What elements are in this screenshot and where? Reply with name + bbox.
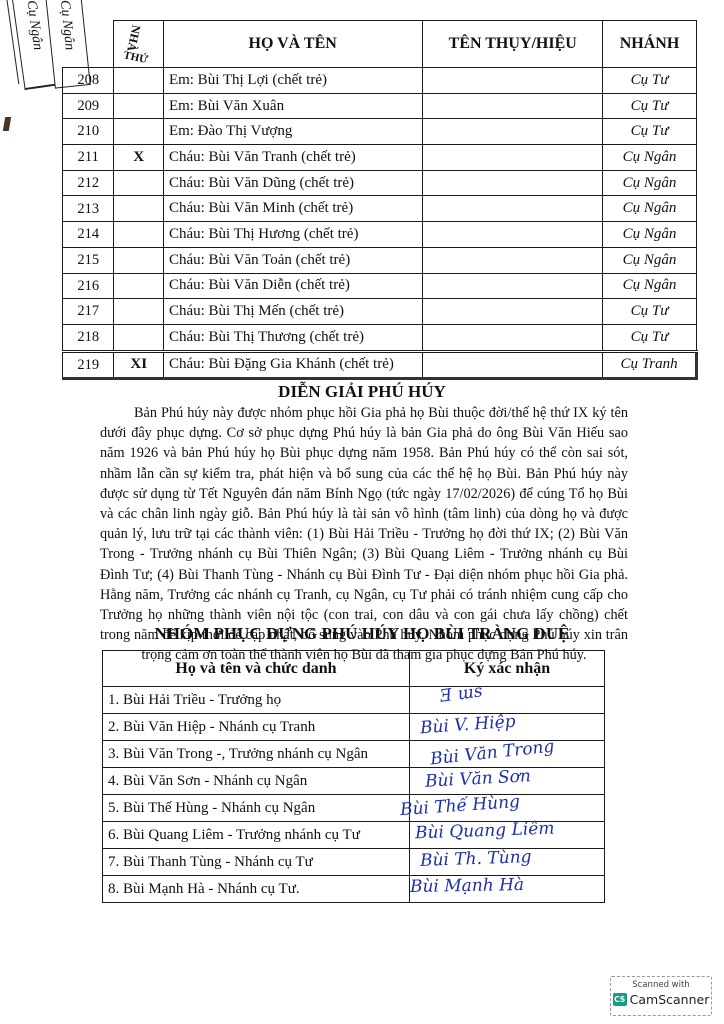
- posthumous-name: [423, 145, 603, 171]
- branch-name: Cụ Tư: [603, 119, 697, 145]
- signature-row: 5. Bùi Thế Hùng - Nhánh cụ Ngân: [103, 795, 605, 822]
- branch-name: Cụ Ngân: [603, 170, 697, 196]
- branch-name: Cụ Ngân: [603, 145, 697, 171]
- watermark-caption: Scanned with: [611, 980, 711, 990]
- row-number: 219: [63, 351, 114, 379]
- header-member: Họ và tên và chức danh: [103, 651, 410, 687]
- generation-mark: [114, 68, 163, 94]
- row-number: 218: [63, 324, 114, 351]
- row-number: 213: [63, 196, 114, 222]
- member-name: Cháu: Bùi Thị Thương (chết trẻ): [163, 324, 422, 351]
- genealogy-row: 218Cháu: Bùi Thị Thương (chết trẻ)Cụ Tư: [63, 324, 697, 351]
- member-name: Cháu: Bùi Văn Dũng (chết trẻ): [163, 170, 422, 196]
- signature-row: 1. Bùi Hải Triều - Trưởng họ: [103, 687, 605, 714]
- generation-mark: [114, 247, 163, 273]
- genealogy-row: 208Em: Bùi Thị Lợi (chết trẻ)Cụ Tư: [63, 68, 697, 94]
- member-name: Cháu: Bùi Văn Toản (chết trẻ): [163, 247, 422, 273]
- member-title: 7. Bùi Thanh Tùng - Nhánh cụ Tư: [103, 849, 410, 876]
- genealogy-row: 216Cháu: Bùi Văn Diễn (chết trẻ)Cụ Ngân: [63, 273, 697, 299]
- genealogy-row: 209Em: Bùi Văn XuânCụ Tư: [63, 93, 697, 119]
- genealogy-row: 211XCháu: Bùi Văn Tranh (chết trẻ)Cụ Ngâ…: [63, 145, 697, 171]
- member-name: Cháu: Bùi Văn Tranh (chết trẻ): [163, 145, 422, 171]
- signature-section-title: NHÓM PHỤC DỰNG PHÚ HÚY HỌ BÙI TRÀNG DUỆ: [0, 624, 724, 644]
- header-signature: Ký xác nhận: [410, 651, 605, 687]
- posthumous-name: [423, 299, 603, 325]
- posthumous-name: [423, 222, 603, 248]
- signature-row: 8. Bùi Mạnh Hà - Nhánh cụ Tư.: [103, 876, 605, 903]
- row-number: 215: [63, 247, 114, 273]
- signature-row: 2. Bùi Văn Hiệp - Nhánh cụ Tranh: [103, 714, 605, 741]
- generation-mark: X: [114, 145, 163, 171]
- member-name: Em: Bùi Thị Lợi (chết trẻ): [163, 68, 422, 94]
- genealogy-row: 210Em: Đào Thị VượngCụ Tư: [63, 119, 697, 145]
- genealogy-row: 215Cháu: Bùi Văn Toản (chết trẻ)Cụ Ngân: [63, 247, 697, 273]
- header-generation: NHÀTHỨ: [114, 21, 163, 68]
- row-number: 214: [63, 222, 114, 248]
- row-number: 209: [63, 93, 114, 119]
- posthumous-name: [423, 247, 603, 273]
- posthumous-name: [423, 351, 603, 379]
- row-number: 208: [63, 68, 114, 94]
- generation-mark: [114, 93, 163, 119]
- header-branch: NHÁNH: [603, 21, 697, 68]
- genealogy-row: 219XICháu: Bùi Đặng Gia Khánh (chết trẻ)…: [63, 351, 697, 379]
- row-number: 217: [63, 299, 114, 325]
- member-name: Em: Bùi Văn Xuân: [163, 93, 422, 119]
- branch-name: Cụ Tư: [603, 299, 697, 325]
- generation-mark: [114, 222, 163, 248]
- member-title: 6. Bùi Quang Liêm - Trưởng nhánh cụ Tư: [103, 822, 410, 849]
- genealogy-row: 214Cháu: Bùi Thị Hương (chết trẻ)Cụ Ngân: [63, 222, 697, 248]
- branch-name: Cụ Tư: [603, 68, 697, 94]
- branch-name: Cụ Tư: [603, 93, 697, 119]
- branch-name: Cụ Ngân: [603, 222, 697, 248]
- genealogy-header-row: NHÀTHỨ HỌ VÀ TÊN TÊN THỤY/HIỆU NHÁNH: [63, 21, 697, 68]
- camscanner-watermark: Scanned with CS CamScanner: [610, 976, 712, 1016]
- row-number: 210: [63, 119, 114, 145]
- branch-name: Cụ Ngân: [603, 247, 697, 273]
- posthumous-name: [423, 324, 603, 351]
- header-stt: [63, 21, 114, 68]
- member-name: Cháu: Bùi Văn Minh (chết trẻ): [163, 196, 422, 222]
- handwritten-signature: Bùi Th. Tùng: [420, 847, 532, 871]
- generation-mark: [114, 196, 163, 222]
- posthumous-name: [423, 119, 603, 145]
- generation-mark: [114, 273, 163, 299]
- generation-mark: [114, 170, 163, 196]
- member-name: Cháu: Bùi Văn Diễn (chết trẻ): [163, 273, 422, 299]
- explanation-title: DIỄN GIẢI PHÚ HÚY: [0, 382, 724, 402]
- branch-name: Cụ Ngân: [603, 273, 697, 299]
- camscanner-logo-icon: CS: [613, 993, 627, 1006]
- posthumous-name: [423, 68, 603, 94]
- signature-header-row: Họ và tên và chức danh Ký xác nhận: [103, 651, 605, 687]
- posthumous-name: [423, 93, 603, 119]
- member-title: 2. Bùi Văn Hiệp - Nhánh cụ Tranh: [103, 714, 410, 741]
- branch-name: Cụ Ngân: [603, 196, 697, 222]
- row-number: 211: [63, 145, 114, 171]
- header-posthumous: TÊN THỤY/HIỆU: [423, 21, 603, 68]
- member-name: Cháu: Bùi Thị Hương (chết trẻ): [163, 222, 422, 248]
- scan-artifact: [3, 117, 11, 131]
- member-title: 5. Bùi Thế Hùng - Nhánh cụ Ngân: [103, 795, 410, 822]
- posthumous-name: [423, 196, 603, 222]
- generation-mark: XI: [114, 351, 163, 379]
- branch-name: Cụ Tranh: [603, 351, 697, 379]
- genealogy-row: 212Cháu: Bùi Văn Dũng (chết trẻ)Cụ Ngân: [63, 170, 697, 196]
- handwritten-signature: Bùi Mạnh Hà: [410, 875, 524, 897]
- member-title: 1. Bùi Hải Triều - Trưởng họ: [103, 687, 410, 714]
- generation-mark: [114, 324, 163, 351]
- branch-name: Cụ Tư: [603, 324, 697, 351]
- header-name: HỌ VÀ TÊN: [163, 21, 422, 68]
- posthumous-name: [423, 170, 603, 196]
- genealogy-row: 213Cháu: Bùi Văn Minh (chết trẻ)Cụ Ngân: [63, 196, 697, 222]
- genealogy-row: 217Cháu: Bùi Thị Mến (chết trẻ)Cụ Tư: [63, 299, 697, 325]
- member-title: 3. Bùi Văn Trong -, Trưởng nhánh cụ Ngân: [103, 741, 410, 768]
- signature-body: 1. Bùi Hải Triều - Trưởng họ2. Bùi Văn H…: [103, 687, 605, 903]
- genealogy-body: 208Em: Bùi Thị Lợi (chết trẻ)Cụ Tư209Em:…: [63, 68, 697, 379]
- member-name: Em: Đào Thị Vượng: [163, 119, 422, 145]
- row-number: 216: [63, 273, 114, 299]
- row-number: 212: [63, 170, 114, 196]
- posthumous-name: [423, 273, 603, 299]
- member-name: Cháu: Bùi Đặng Gia Khánh (chết trẻ): [163, 351, 422, 379]
- member-name: Cháu: Bùi Thị Mến (chết trẻ): [163, 299, 422, 325]
- generation-mark: [114, 299, 163, 325]
- member-title: 4. Bùi Văn Sơn - Nhánh cụ Ngân: [103, 768, 410, 795]
- generation-mark: [114, 119, 163, 145]
- watermark-brand: CamScanner: [630, 992, 710, 1007]
- member-title: 8. Bùi Mạnh Hà - Nhánh cụ Tư.: [103, 876, 410, 903]
- genealogy-table: NHÀTHỨ HỌ VÀ TÊN TÊN THỤY/HIỆU NHÁNH 208…: [62, 20, 698, 380]
